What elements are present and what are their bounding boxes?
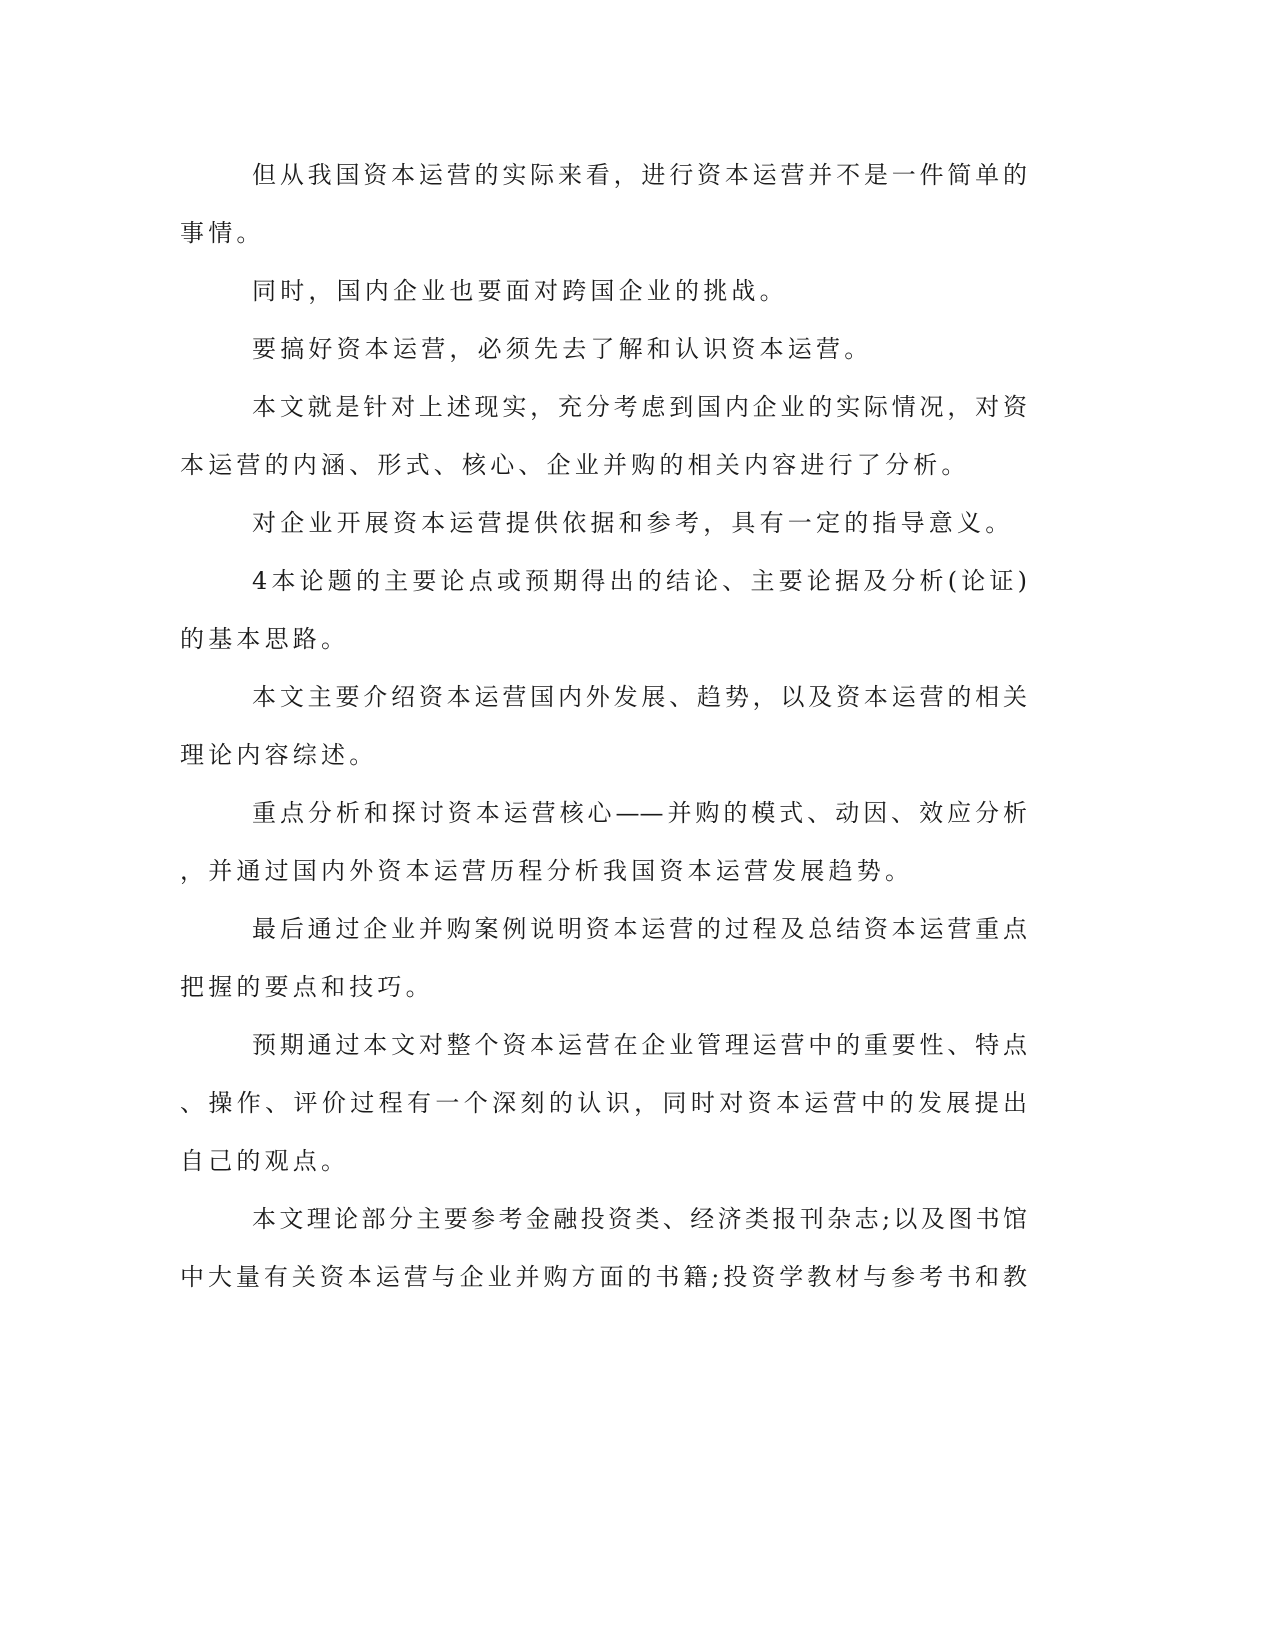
paragraph-line: 重点分析和探讨资本运营核心——并购的模式、动因、效应分析 [252, 793, 1027, 833]
section-heading-line: 的基本思路。 [180, 619, 349, 659]
paragraph-line: 自己的观点。 [180, 1141, 349, 1181]
paragraph-line: 本文主要介绍资本运营国内外发展、趋势，以及资本运营的相关 [252, 677, 1027, 717]
paragraph-line: 本文就是针对上述现实，充分考虑到国内企业的实际情况，对资 [252, 387, 1027, 427]
paragraph-line: 理论内容综述。 [180, 735, 377, 775]
paragraph-line: 事情。 [180, 213, 265, 253]
section-heading-line: 4本论题的主要论点或预期得出的结论、主要论据及分析(论证) [252, 561, 1027, 601]
paragraph-line: 、操作、评价过程有一个深刻的认识，同时对资本运营中的发展提出 [180, 1083, 1027, 1123]
paragraph-line: 中大量有关资本运营与企业并购方面的书籍;投资学教材与参考书和教 [180, 1257, 1027, 1297]
paragraph-line: ，并通过国内外资本运营历程分析我国资本运营发展趋势。 [180, 851, 913, 891]
paragraph-line: 对企业开展资本运营提供依据和参考，具有一定的指导意义。 [252, 503, 1013, 543]
paragraph-line: 最后通过企业并购案例说明资本运营的过程及总结资本运营重点 [252, 909, 1027, 949]
paragraph-line: 同时，国内企业也要面对跨国企业的挑战。 [252, 271, 788, 311]
paragraph-line: 预期通过本文对整个资本运营在企业管理运营中的重要性、特点 [252, 1025, 1027, 1065]
paragraph-line: 要搞好资本运营，必须先去了解和认识资本运营。 [252, 329, 872, 369]
paragraph-line: 把握的要点和技巧。 [180, 967, 434, 1007]
paragraph-line: 但从我国资本运营的实际来看，进行资本运营并不是一件简单的 [252, 155, 1027, 195]
paragraph-line: 本文理论部分主要参考金融投资类、经济类报刊杂志;以及图书馆 [252, 1199, 1027, 1239]
paragraph-line: 本运营的内涵、形式、核心、企业并购的相关内容进行了分析。 [180, 445, 970, 485]
